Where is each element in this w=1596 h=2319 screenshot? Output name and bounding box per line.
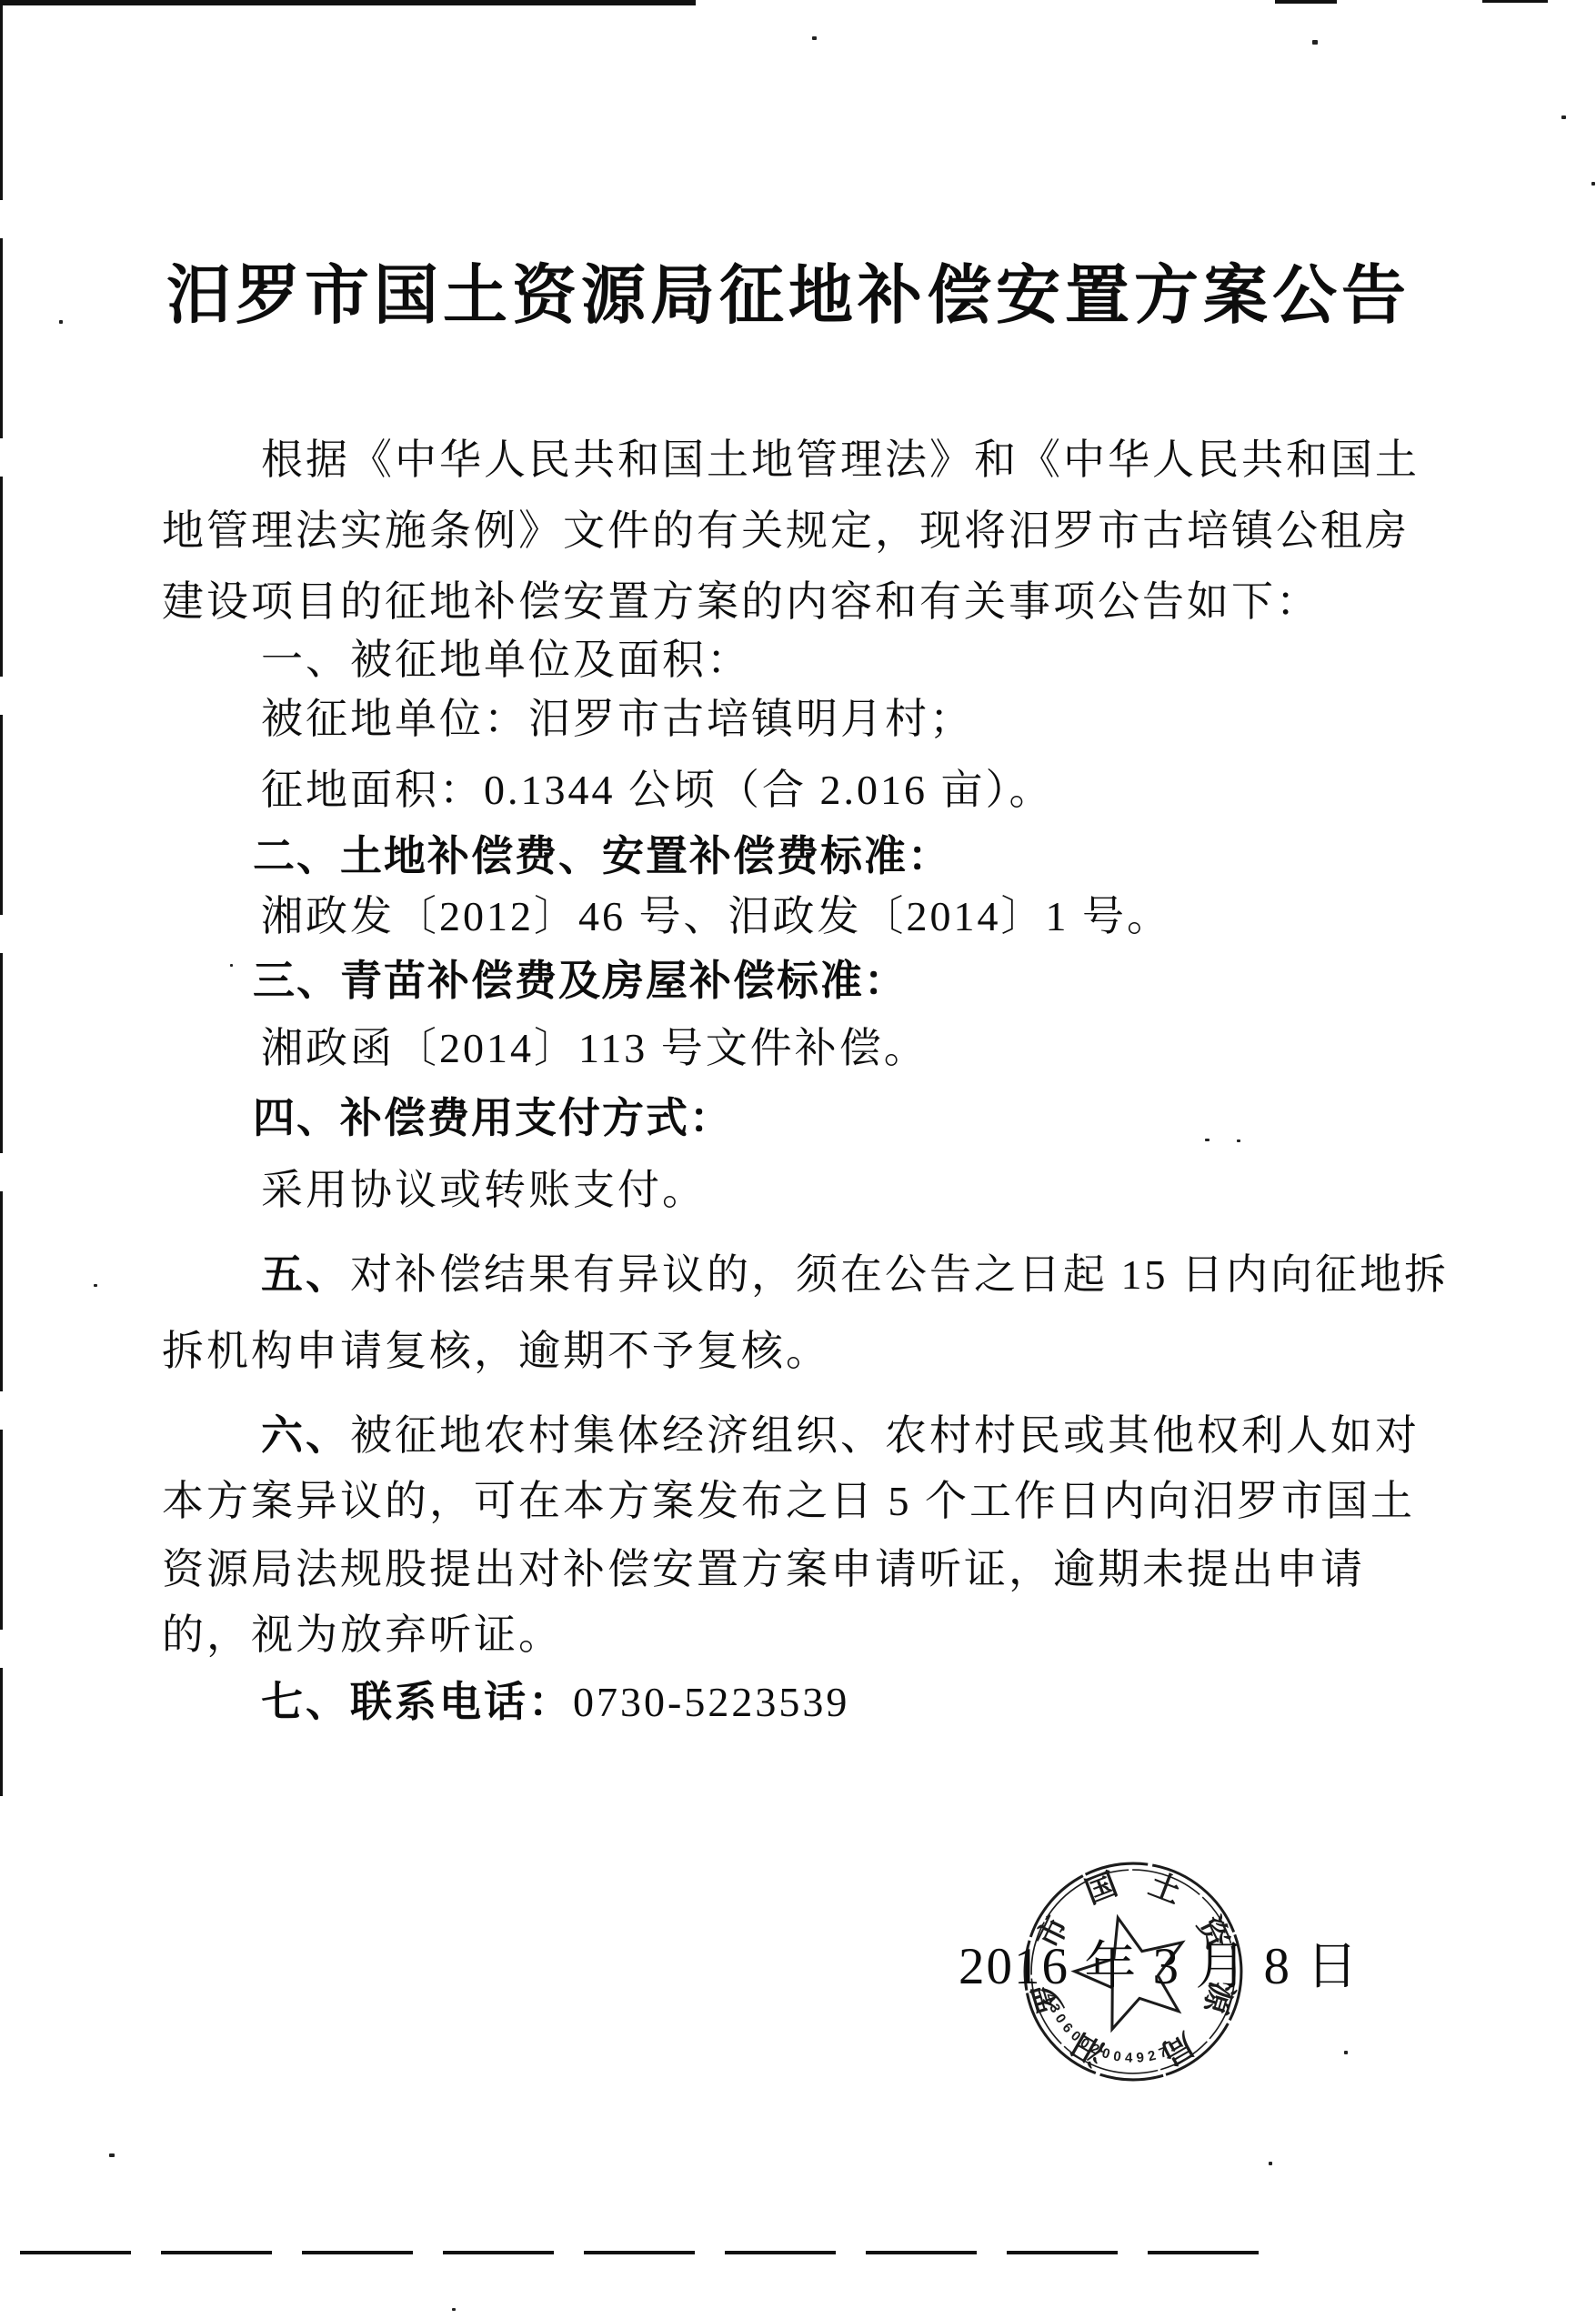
scan-speck: [1561, 115, 1566, 119]
section-heading-6: 六、被征地农村集体经济组织、农村村民或其他权利人如对: [261, 1411, 1420, 1461]
scan-speck: [1269, 2162, 1272, 2165]
section-heading-5: 五、对补偿结果有异议的，须在公告之日起 15 日内向征地拆: [261, 1250, 1449, 1300]
body-line: 湘政函〔2014〕113 号文件补偿。: [261, 1025, 928, 1073]
scan-speck: [1205, 1139, 1210, 1141]
scan-speck: [109, 2153, 115, 2157]
body-line: 湘政发〔2012〕46 号、汨政发〔2014〕1 号。: [261, 893, 1171, 941]
section-heading-1: 一、被征地单位及面积：: [261, 637, 751, 685]
scan-speck: [59, 320, 63, 324]
phone-number: 0730-5223539: [573, 1679, 849, 1725]
scan-speck: [812, 36, 817, 40]
section-heading-3: 三、青苗补偿费及房屋补偿标准：: [253, 957, 908, 1005]
body-line: 资源局法规股提出对补偿安置方案申请听证，逾期未提出申请: [162, 1546, 1365, 1594]
body-line: 采用协议或转账支付。: [261, 1167, 707, 1215]
scan-speck: [230, 964, 233, 967]
scan-speck: [1312, 40, 1318, 45]
scan-edge-top: [0, 0, 696, 5]
section-heading-4: 四、补偿费用支付方式：: [253, 1094, 733, 1142]
body-line: 征地面积：0.1344 公顷（合 2.016 亩）。: [261, 767, 1054, 815]
body-line: 本方案异议的，可在本方案发布之日 5 个工作日内向汨罗市国土: [162, 1478, 1415, 1526]
body-line: 被征地单位：汨罗市古培镇明月村；: [261, 696, 974, 744]
scanned-document-page: 汨罗市国土资源局征地补偿安置方案公告 根据《中华人民共和国土地管理法》和《中华人…: [0, 0, 1596, 2319]
contact-phone-line: 七、联系电话：0730-5223539: [261, 1678, 849, 1727]
scan-speck: [94, 1284, 97, 1287]
scan-edge-top-segment: [1275, 0, 1337, 4]
body-line: 拆机构申请复核，逾期不予复核。: [162, 1328, 830, 1376]
body-line: 的，视为放弃听证。: [162, 1611, 563, 1660]
scan-edge-bottom: [20, 2251, 1277, 2254]
body-line: 根据《中华人民共和国土地管理法》和《中华人民共和国土: [261, 437, 1420, 485]
issue-date: 2016 年 3 月 8 日: [959, 1924, 1360, 1999]
scan-speck: [1591, 182, 1595, 186]
scan-speck: [1237, 1139, 1240, 1142]
section-heading-2: 二、土地补偿费、安置补偿费标准：: [253, 832, 951, 880]
scan-speck: [1344, 2051, 1348, 2054]
scan-edge-left: [0, 0, 3, 1796]
body-line: 建设项目的征地补偿安置方案的内容和有关事项公告如下：: [162, 578, 1320, 627]
scan-edge-top-segment: [1482, 0, 1548, 3]
document-title: 汨罗市国土资源局征地补偿安置方案公告: [166, 244, 1410, 336]
scan-speck: [452, 2308, 456, 2311]
body-line: 地管理法实施条例》文件的有关规定，现将汨罗市古培镇公租房: [162, 507, 1410, 556]
